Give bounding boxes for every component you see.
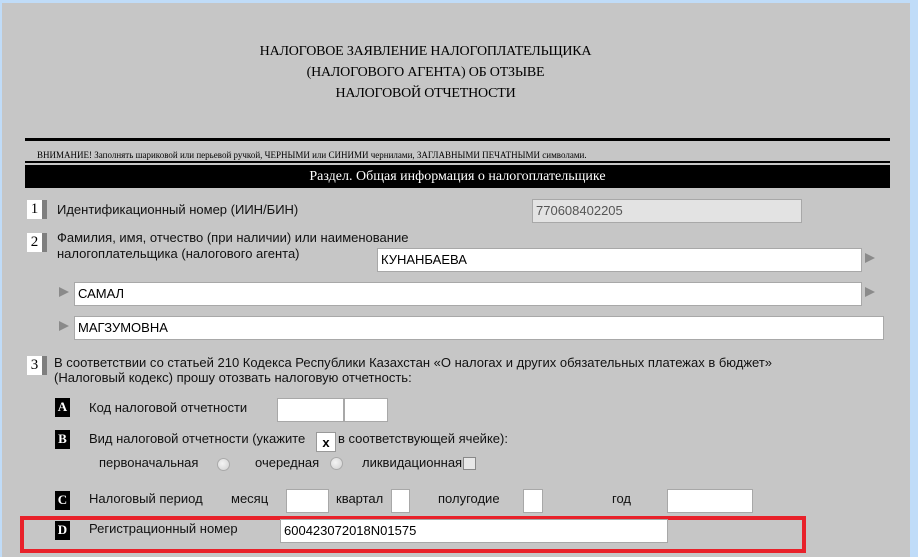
title-line-2: (НАЛОГОВОГО АГЕНТА) ОБ ОТЗЫВЕ <box>2 62 849 83</box>
halfyear-field[interactable] <box>523 489 543 513</box>
year-field[interactable] <box>667 489 753 513</box>
option-regular-radio[interactable] <box>330 457 343 470</box>
registration-number-field[interactable]: 600423072018N01575 <box>280 519 668 543</box>
statement-line2: (Налоговый кодекс) прошу отозвать налого… <box>54 370 412 385</box>
form-title: НАЛОГОВОЕ ЗАЯВЛЕНИЕ НАЛОГОПЛАТЕЛЬЩИКА (Н… <box>2 41 849 104</box>
quarter-field[interactable] <box>391 489 410 513</box>
arrow-right-icon <box>59 287 69 297</box>
letter-b-badge: B <box>55 430 70 449</box>
last-name-field[interactable]: КУНАНБАЕВА <box>377 248 862 272</box>
letter-d-badge: D <box>55 521 70 540</box>
name-label-line1: Фамилия, имя, отчество (при наличии) или… <box>57 230 408 245</box>
report-type-label-after: в соответствующей ячейке): <box>338 431 508 446</box>
quarter-label: квартал <box>336 491 383 506</box>
arrow-right-icon <box>59 321 69 331</box>
month-field[interactable] <box>286 489 329 513</box>
letter-a-badge: A <box>55 398 70 417</box>
name-label-line2: налогоплательщика (налогового агента) <box>57 246 300 261</box>
field-number-3: 3 <box>27 356 47 375</box>
option-regular-label: очередная <box>255 455 319 470</box>
divider <box>25 138 890 141</box>
report-type-label: Вид налоговой отчетности (укажите <box>89 431 305 446</box>
option-initial-label: первоначальная <box>99 455 198 470</box>
statement-line1: В соответствии со статьей 210 Кодекса Ре… <box>54 355 772 370</box>
option-liquidation-label: ликвидационная <box>362 455 462 470</box>
tax-period-label: Налоговый период <box>89 491 203 506</box>
month-label: месяц <box>231 491 268 506</box>
patronymic-field[interactable]: МАГЗУМОВНА <box>74 316 884 340</box>
letter-c-badge: C <box>55 491 70 510</box>
option-initial-radio[interactable] <box>217 458 230 471</box>
arrow-right-icon <box>865 253 875 263</box>
report-code-label: Код налоговой отчетности <box>89 400 247 415</box>
first-name-field[interactable]: САМАЛ <box>74 282 862 306</box>
title-line-3: НАЛОГОВОЙ ОТЧЕТНОСТИ <box>2 83 849 104</box>
arrow-right-icon <box>865 287 875 297</box>
divider <box>25 161 890 163</box>
field-number-1: 1 <box>27 200 47 219</box>
halfyear-label: полугодие <box>438 491 500 506</box>
year-label: год <box>612 491 631 506</box>
option-liquidation-checkbox[interactable] <box>463 457 476 470</box>
field-number-2: 2 <box>27 233 47 252</box>
iin-field[interactable]: 770608402205 <box>532 199 802 223</box>
report-code-field-2[interactable] <box>344 398 388 422</box>
warning-text: ВНИМАНИЕ! Заполнять шариковой или перьев… <box>37 150 587 160</box>
iin-label: Идентификационный номер (ИИН/БИН) <box>57 202 298 217</box>
section-header: Раздел. Общая информация о налогоплатель… <box>25 165 890 188</box>
title-line-1: НАЛОГОВОЕ ЗАЯВЛЕНИЕ НАЛОГОПЛАТЕЛЬЩИКА <box>2 41 849 62</box>
registration-number-label: Регистрационный номер <box>89 521 238 536</box>
form-page: НАЛОГОВОЕ ЗАЯВЛЕНИЕ НАЛОГОПЛАТЕЛЬЩИКА (Н… <box>2 3 910 557</box>
report-code-field-1[interactable] <box>277 398 344 422</box>
mark-example-box: x <box>316 432 336 452</box>
